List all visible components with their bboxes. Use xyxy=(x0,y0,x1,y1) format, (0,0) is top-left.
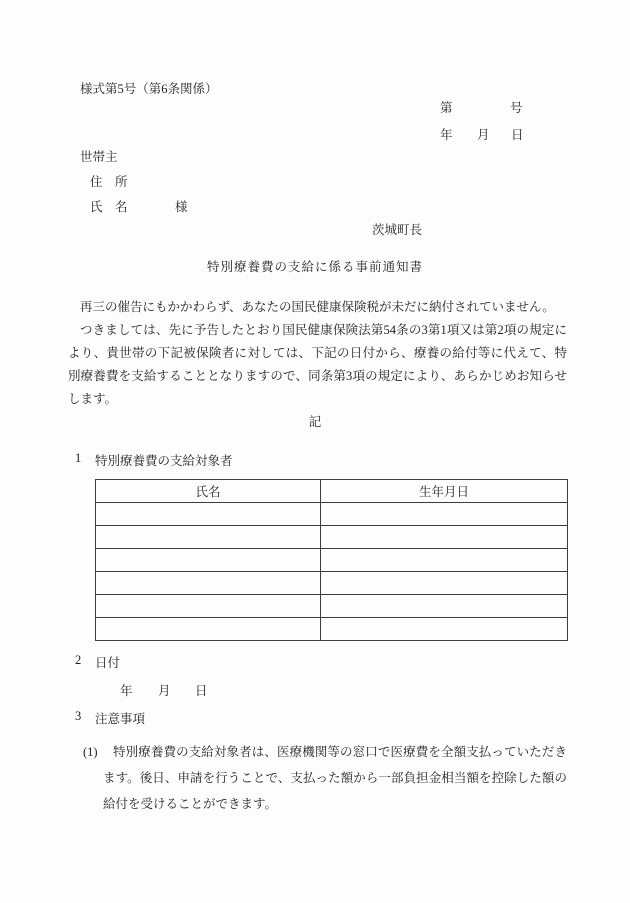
table-header-name: 氏名 xyxy=(96,480,321,503)
sender-name: 茨城町長 xyxy=(372,220,422,238)
body-paragraph-2: つきましては、先に予告したとおり国民健康保険法第54条の3第1項又は第2項の規定… xyxy=(68,319,567,411)
empty-cell xyxy=(321,549,568,572)
note1-block: 特別療養費の支給対象者は、医療機関等の窓口で医療費を全額支払っていただきます。後… xyxy=(103,739,567,817)
doc-number-prefix: 第 xyxy=(440,98,453,116)
section3-number: 3 xyxy=(75,709,81,724)
date-year-label: 年 xyxy=(120,681,133,699)
table-row xyxy=(96,526,568,549)
section1-number: 1 xyxy=(75,451,81,466)
doc-number-suffix: 号 xyxy=(510,98,523,116)
empty-cell xyxy=(96,503,321,526)
empty-cell xyxy=(321,595,568,618)
document-page: 様式第5号（第6条関係） 第 号 年 月 日 世帯主 住 所 氏 名 様 茨城町… xyxy=(0,0,630,903)
empty-cell xyxy=(96,549,321,572)
date-day-label: 日 xyxy=(195,681,208,699)
empty-cell xyxy=(96,526,321,549)
issue-date-year-label: 年 xyxy=(440,125,453,143)
body-paragraphs: 再三の催告にもかかわらず、あなたの国民健康保険税が未だに納付されていません。 つ… xyxy=(68,296,567,411)
table-row xyxy=(96,595,568,618)
date-month-label: 月 xyxy=(158,681,171,699)
empty-cell xyxy=(321,526,568,549)
table-row xyxy=(96,503,568,526)
empty-cell xyxy=(96,618,321,641)
section2-heading: 日付 xyxy=(95,653,120,671)
document-title: 特別療養費の支給に係る事前通知書 xyxy=(0,257,630,275)
section3-heading: 注意事項 xyxy=(95,709,145,727)
empty-cell xyxy=(321,503,568,526)
table-row xyxy=(96,618,568,641)
empty-cell xyxy=(96,595,321,618)
form-number: 様式第5号（第6条関係） xyxy=(80,79,218,97)
recipients-table: 氏名 生年月日 xyxy=(95,479,568,641)
section2-number: 2 xyxy=(75,653,81,668)
body-paragraph-1: 再三の催告にもかかわらず、あなたの国民健康保険税が未だに納付されていません。 xyxy=(68,296,567,319)
note1-text: 特別療養費の支給対象者は、医療機関等の窓口で医療費を全額支払っていただきます。後… xyxy=(103,739,567,817)
empty-cell xyxy=(321,618,568,641)
recipients-table-body xyxy=(96,503,568,641)
householder-label: 世帯主 xyxy=(80,147,118,165)
name-label: 氏 名 xyxy=(90,197,128,215)
record-marker: 記 xyxy=(0,412,630,430)
issue-date-day-label: 日 xyxy=(511,125,524,143)
empty-cell xyxy=(96,572,321,595)
table-row xyxy=(96,549,568,572)
table-header-birthdate: 生年月日 xyxy=(321,480,568,503)
address-label: 住 所 xyxy=(90,172,128,190)
table-row xyxy=(96,572,568,595)
issue-date-month-label: 月 xyxy=(477,125,490,143)
note1-label: (1) xyxy=(83,739,98,765)
section1-heading: 特別療養費の支給対象者 xyxy=(95,451,233,469)
table-header-row: 氏名 生年月日 xyxy=(96,480,568,503)
empty-cell xyxy=(321,572,568,595)
honorific-label: 様 xyxy=(175,197,188,215)
